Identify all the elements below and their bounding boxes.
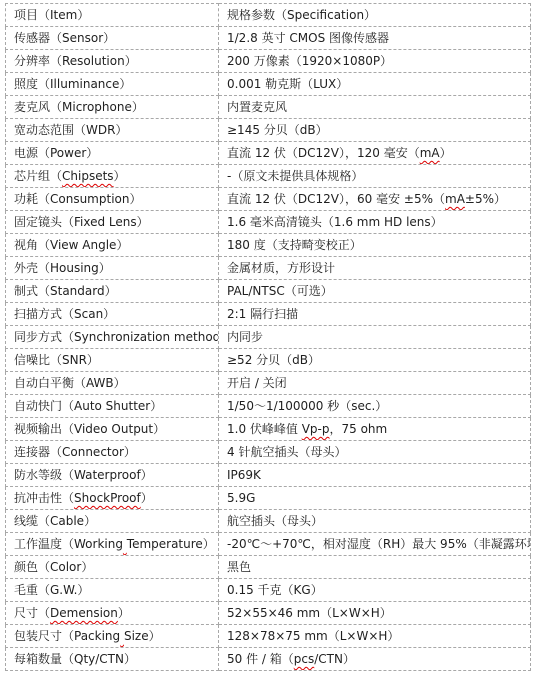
spec-cell: PAL/NTSC（可选） [219,280,531,303]
spec-cell: 黑色 [219,556,531,579]
item-cell: 扫描方式（Scan） [6,303,219,326]
item-cell: 传感器（Sensor） [6,27,219,50]
spec-cell: 1.0 伏峰峰值 Vp-p，75 ohm [219,418,531,441]
spellcheck-squiggle: ShockProof [74,491,141,505]
table-row: 同步方式（Synchronization method）内同步 [6,326,531,349]
table-row: 包装尺寸（Packing Size）128×78×75 mm（L×W×H） [6,625,531,648]
table-row: 宽动态范围（WDR）≥145 分贝（dB） [6,119,531,142]
table-row: 电源（Power）直流 12 伏（DC12V），120 毫安（mA） [6,142,531,165]
item-cell: 线缆（Cable） [6,510,219,533]
spec-cell: ≥145 分贝（dB） [219,119,531,142]
table-row: 毛重（G.W.）0.15 千克（KG） [6,579,531,602]
table-row: 芯片组（Chipsets）-（原文未提供具体规格） [6,165,531,188]
spec-cell: 直流 12 伏（DC12V），60 毫安 ±5%（mA±5%） [219,188,531,211]
spellcheck-squiggle [120,629,124,643]
table-row: 自动白平衡（AWB）开启 / 关闭 [6,372,531,395]
spec-cell: ≥52 分贝（dB） [219,349,531,372]
spec-cell: IP69K [219,464,531,487]
table-row: 制式（Standard）PAL/NTSC（可选） [6,280,531,303]
spec-table-body: 项目（Item） 规格参数（Specification） 传感器（Sensor）… [6,4,531,671]
spec-cell: 内同步 [219,326,531,349]
header-spec-cell: 规格参数（Specification） [219,4,531,27]
item-cell: 自动白平衡（AWB） [6,372,219,395]
spellcheck-squiggle: Vp-p [302,422,330,436]
item-cell: 尺寸（Demension） [6,602,219,625]
item-cell: 防水等级（Waterproof） [6,464,219,487]
spec-cell: 52×55×46 mm（L×W×H） [219,602,531,625]
table-row: 颜色（Color）黑色 [6,556,531,579]
item-cell: 工作温度（Working Temperature） [6,533,219,556]
table-row: 传感器（Sensor）1/2.8 英寸 CMOS 图像传感器 [6,27,531,50]
item-cell: 自动快门（Auto Shutter） [6,395,219,418]
spec-cell: 50 件 / 箱（pcs/CTN） [219,648,531,671]
table-row: 每箱数量（Qty/CTN）50 件 / 箱（pcs/CTN） [6,648,531,671]
table-row: 抗冲击性（ShockProof）5.9G [6,487,531,510]
item-cell: 连接器（Connector） [6,441,219,464]
item-cell: 包装尺寸（Packing Size） [6,625,219,648]
table-row: 外壳（Housing）金属材质，方形设计 [6,257,531,280]
table-row: 防水等级（Waterproof）IP69K [6,464,531,487]
spellcheck-squiggle: Demension [50,606,118,620]
spec-cell: 200 万像素（1920×1080P） [219,50,531,73]
table-row: 尺寸（Demension）52×55×46 mm（L×W×H） [6,602,531,625]
spec-cell: 1/50～1/100000 秒（sec.） [219,395,531,418]
spec-cell: 4 针航空插头（母头） [219,441,531,464]
table-header-row: 项目（Item） 规格参数（Specification） [6,4,531,27]
spec-table: 项目（Item） 规格参数（Specification） 传感器（Sensor）… [5,3,531,671]
table-row: 信噪比（SNR）≥52 分贝（dB） [6,349,531,372]
spellcheck-squiggle: Chipsets [62,169,114,183]
item-cell: 颜色（Color） [6,556,219,579]
item-cell: 电源（Power） [6,142,219,165]
table-row: 自动快门（Auto Shutter）1/50～1/100000 秒（sec.） [6,395,531,418]
spec-cell: 5.9G [219,487,531,510]
spec-cell: 内置麦克风 [219,96,531,119]
item-cell: 外壳（Housing） [6,257,219,280]
item-cell: 毛重（G.W.） [6,579,219,602]
spec-cell: -20℃～+70℃，相对湿度（RH）最大 95%（非凝露环境） [219,533,531,556]
item-cell: 功耗（Consumption） [6,188,219,211]
item-cell: 照度（Illuminance） [6,73,219,96]
spellcheck-squiggle [123,537,127,551]
table-row: 分辨率（Resolution）200 万像素（1920×1080P） [6,50,531,73]
table-row: 扫描方式（Scan）2:1 隔行扫描 [6,303,531,326]
table-row: 照度（Illuminance）0.001 勒克斯（LUX） [6,73,531,96]
table-row: 视角（View Angle）180 度（支持畸变校正） [6,234,531,257]
item-cell: 麦克风（Microphone） [6,96,219,119]
table-row: 固定镜头（Fixed Lens）1.6 毫米高清镜头（1.6 mm HD len… [6,211,531,234]
header-item-cell: 项目（Item） [6,4,219,27]
table-row: 工作温度（Working Temperature）-20℃～+70℃，相对湿度（… [6,533,531,556]
spellcheck-squiggle: mA [445,192,465,206]
item-cell: 芯片组（Chipsets） [6,165,219,188]
spec-cell: 0.15 千克（KG） [219,579,531,602]
spec-cell: 直流 12 伏（DC12V），120 毫安（mA） [219,142,531,165]
spec-cell: 180 度（支持畸变校正） [219,234,531,257]
spec-cell: 开启 / 关闭 [219,372,531,395]
spellcheck-squiggle: mA [420,146,440,160]
item-cell: 每箱数量（Qty/CTN） [6,648,219,671]
spec-cell: 128×78×75 mm（L×W×H） [219,625,531,648]
item-cell: 固定镜头（Fixed Lens） [6,211,219,234]
item-cell: 宽动态范围（WDR） [6,119,219,142]
spellcheck-squiggle: pcs [294,652,314,666]
item-cell: 分辨率（Resolution） [6,50,219,73]
item-cell: 视角（View Angle） [6,234,219,257]
spec-cell: 2:1 隔行扫描 [219,303,531,326]
spec-cell: 1.6 毫米高清镜头（1.6 mm HD lens） [219,211,531,234]
table-row: 麦克风（Microphone）内置麦克风 [6,96,531,119]
table-row: 功耗（Consumption）直流 12 伏（DC12V），60 毫安 ±5%（… [6,188,531,211]
spec-cell: 0.001 勒克斯（LUX） [219,73,531,96]
spec-cell: 1/2.8 英寸 CMOS 图像传感器 [219,27,531,50]
spec-cell: 航空插头（母头） [219,510,531,533]
item-cell: 同步方式（Synchronization method） [6,326,219,349]
spec-cell: -（原文未提供具体规格） [219,165,531,188]
item-cell: 信噪比（SNR） [6,349,219,372]
item-cell: 制式（Standard） [6,280,219,303]
spec-cell: 金属材质，方形设计 [219,257,531,280]
table-row: 线缆（Cable）航空插头（母头） [6,510,531,533]
item-cell: 抗冲击性（ShockProof） [6,487,219,510]
item-cell: 视频输出（Video Output） [6,418,219,441]
table-row: 视频输出（Video Output）1.0 伏峰峰值 Vp-p，75 ohm [6,418,531,441]
table-row: 连接器（Connector）4 针航空插头（母头） [6,441,531,464]
